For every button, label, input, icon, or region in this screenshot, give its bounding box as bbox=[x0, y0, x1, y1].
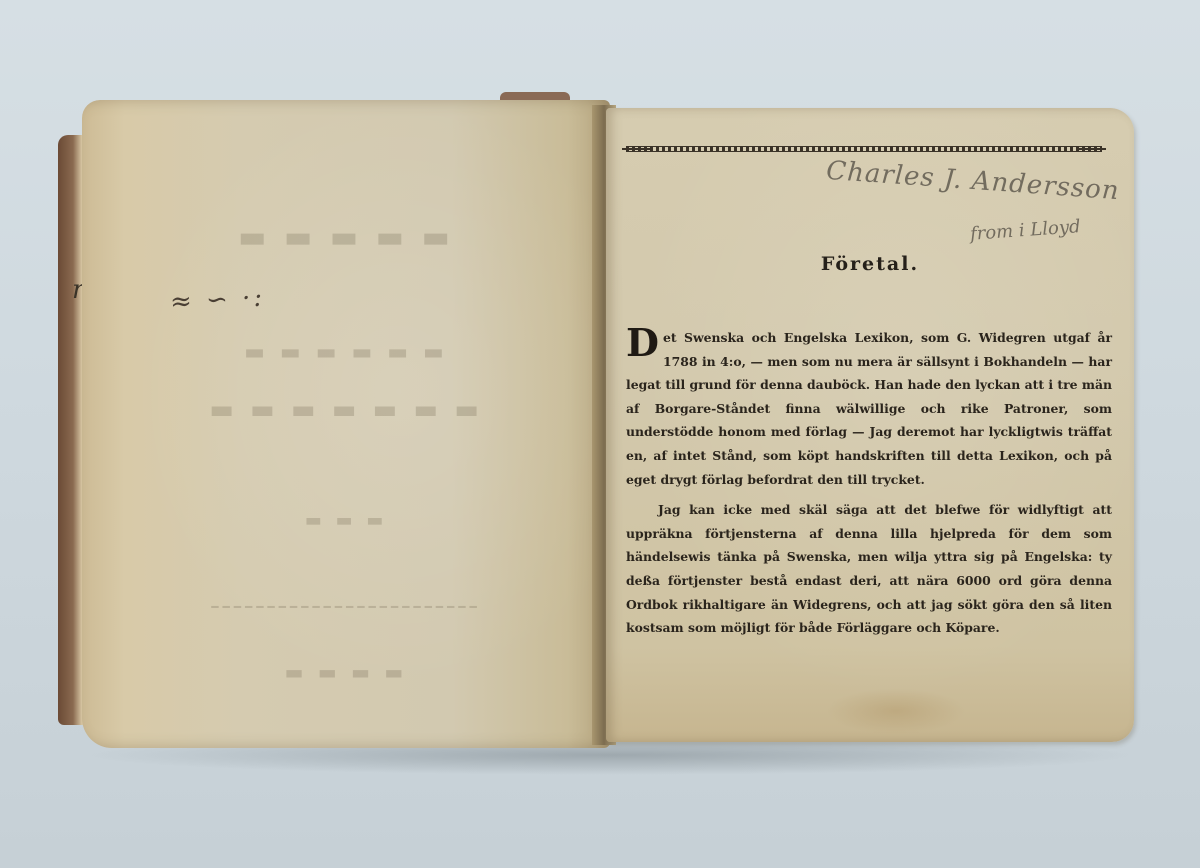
page-heading: Företal. bbox=[606, 253, 1134, 275]
faint-bleed-line: ▬ ▬ ▬ bbox=[82, 510, 610, 531]
decorative-rule bbox=[626, 146, 1102, 152]
drop-cap: D bbox=[626, 328, 659, 358]
preface-text: Det Swenska och Engelska Lexikon, som G.… bbox=[626, 326, 1112, 647]
paragraph-1: Det Swenska och Engelska Lexikon, som G.… bbox=[626, 326, 1112, 491]
faint-bleed-line: ▬ ▬ ▬ ▬ ▬ ▬ bbox=[82, 340, 610, 365]
faint-bleed-line: ▬ ▬ ▬ ▬ ▬ ▬ ▬ bbox=[82, 395, 610, 425]
right-page: Charles J. Andersson from i Lloyd Företa… bbox=[606, 108, 1134, 742]
paragraph-2: Jag kan icke med skäl säga att det blefw… bbox=[626, 498, 1112, 640]
faint-bleed-line: ▬ ▬ ▬ ▬ ▬ bbox=[82, 220, 610, 255]
page-stain bbox=[826, 688, 966, 734]
handwritten-signature: Charles J. Andersson bbox=[825, 156, 1120, 206]
faint-bleed-line: ▬ ▬ ▬ ▬ bbox=[82, 660, 610, 684]
ink-mark: ≈ ∽ ·: bbox=[169, 283, 266, 318]
faint-bleed-line: ━━━━━━━━━━━━━━━━━━━━━━━━ bbox=[82, 600, 610, 614]
handwritten-note: from i Lloyd bbox=[969, 216, 1081, 245]
left-page: ▬ ▬ ▬ ▬ ▬ ▬ ▬ ▬ ▬ ▬ ▬ ▬ ▬ ▬ ▬ ▬ ▬ ▬ ▬ ▬ … bbox=[82, 100, 610, 748]
paragraph-1-text: et Swenska och Engelska Lexikon, som G. … bbox=[626, 330, 1112, 487]
